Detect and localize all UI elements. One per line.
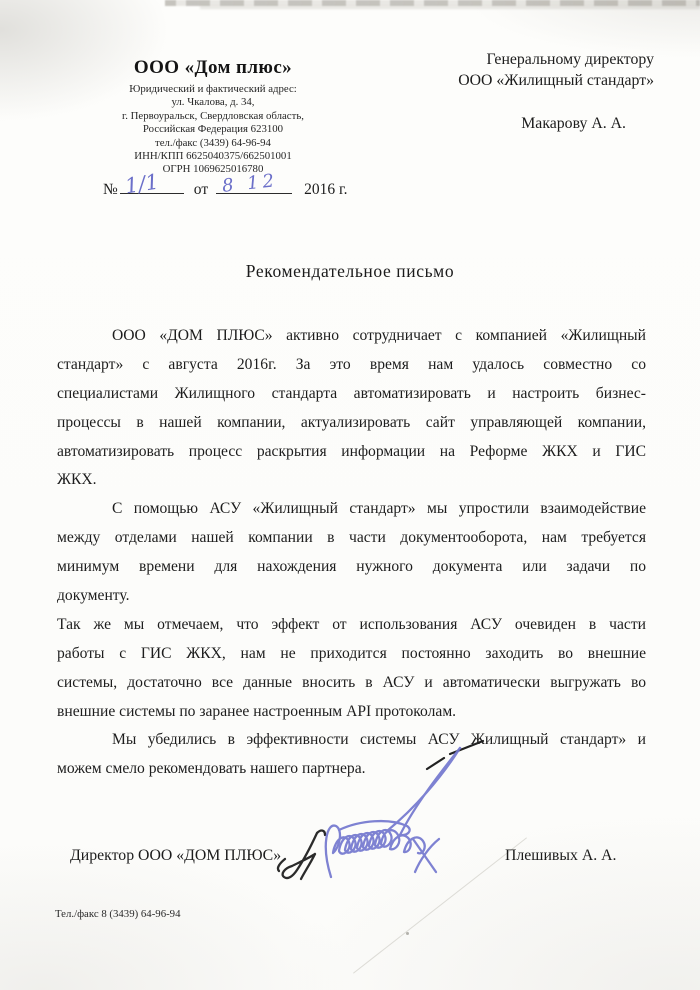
ref-number-handwritten: 1/1: [123, 170, 160, 199]
company-address: Юридический и фактический адрес: ул. Чка…: [92, 83, 334, 177]
body-line: системы, достаточно все данные вносить в…: [57, 669, 646, 698]
ref-number-blank: 1/1: [120, 177, 184, 194]
body-line: стандарт» с августа 2016г. За это время …: [57, 351, 646, 380]
body-line: ЖКХ.: [57, 466, 646, 495]
body-line: С помощью АСУ «Жилищный стандарт» мы упр…: [57, 495, 646, 524]
signature-black-initial: [278, 831, 325, 879]
ref-year: 2016 г.: [304, 181, 347, 198]
company-name: ООО «Дом плюс»: [92, 57, 334, 79]
scanned-letter-page: ООО «Дом плюс» Юридический и фактический…: [0, 0, 700, 990]
scan-edge-smudge-faint: [200, 6, 700, 9]
scan-speck: [406, 932, 409, 935]
body-line: автоматизировать процесс раскрытия инфор…: [57, 438, 646, 467]
address-line: Российская Федерация 623100: [92, 123, 334, 136]
addressee-block: Генеральному директору ООО «Жилищный ста…: [458, 50, 654, 135]
body-line: Так же мы отмечаем, что эффект от исполь…: [57, 611, 646, 640]
ref-date-handwritten: 8 12: [221, 170, 279, 197]
body-line: процессы в нашей компании, актуализирова…: [57, 409, 646, 438]
addressee-name: Макарову А. А.: [458, 114, 654, 135]
signature-blue-ink: [326, 748, 460, 877]
body-line: специалистами Жилищного стандарта автома…: [57, 380, 646, 409]
letter-body: ООО «ДОМ ПЛЮС» активно сотрудничает с ко…: [57, 322, 646, 784]
body-line: внешние системы по заранее настроенным A…: [57, 698, 646, 727]
addressee-company: ООО «Жилищный стандарт»: [458, 71, 654, 92]
signature-title: Директор ООО «ДОМ ПЛЮС»: [70, 847, 281, 865]
reference-line: №1/1от8 122016 г.: [103, 177, 347, 199]
body-line: ООО «ДОМ ПЛЮС» активно сотрудничает с ко…: [57, 322, 646, 351]
ref-date-blank: 8 12: [216, 177, 292, 194]
letterhead: ООО «Дом плюс» Юридический и фактический…: [92, 57, 334, 177]
address-line: ИНН/КПП 6625040375/662501001: [92, 150, 334, 163]
address-line: Юридический и фактический адрес:: [92, 83, 334, 96]
address-line: ул. Чкалова, д. 34,: [92, 96, 334, 109]
body-line: между отделами нашей компании в части до…: [57, 524, 646, 553]
footer-phone: Тел./факс 8 (3439) 64-96-94: [55, 908, 180, 920]
body-line: документу.: [57, 582, 646, 611]
address-line: тел./факс (3439) 64-96-94: [92, 137, 334, 150]
ref-number-label: №: [103, 181, 118, 198]
body-line: работы с ГИС ЖКХ, нам не приходится пост…: [57, 640, 646, 669]
ref-from-label: от: [194, 181, 208, 198]
letter-title: Рекомендательное письмо: [0, 261, 700, 282]
signature-ink: [255, 733, 535, 893]
address-line: г. Первоуральск, Свердловская область,: [92, 110, 334, 123]
addressee-title: Генеральному директору: [458, 50, 654, 71]
body-line: минимум времени для нахождения нужного д…: [57, 553, 646, 582]
